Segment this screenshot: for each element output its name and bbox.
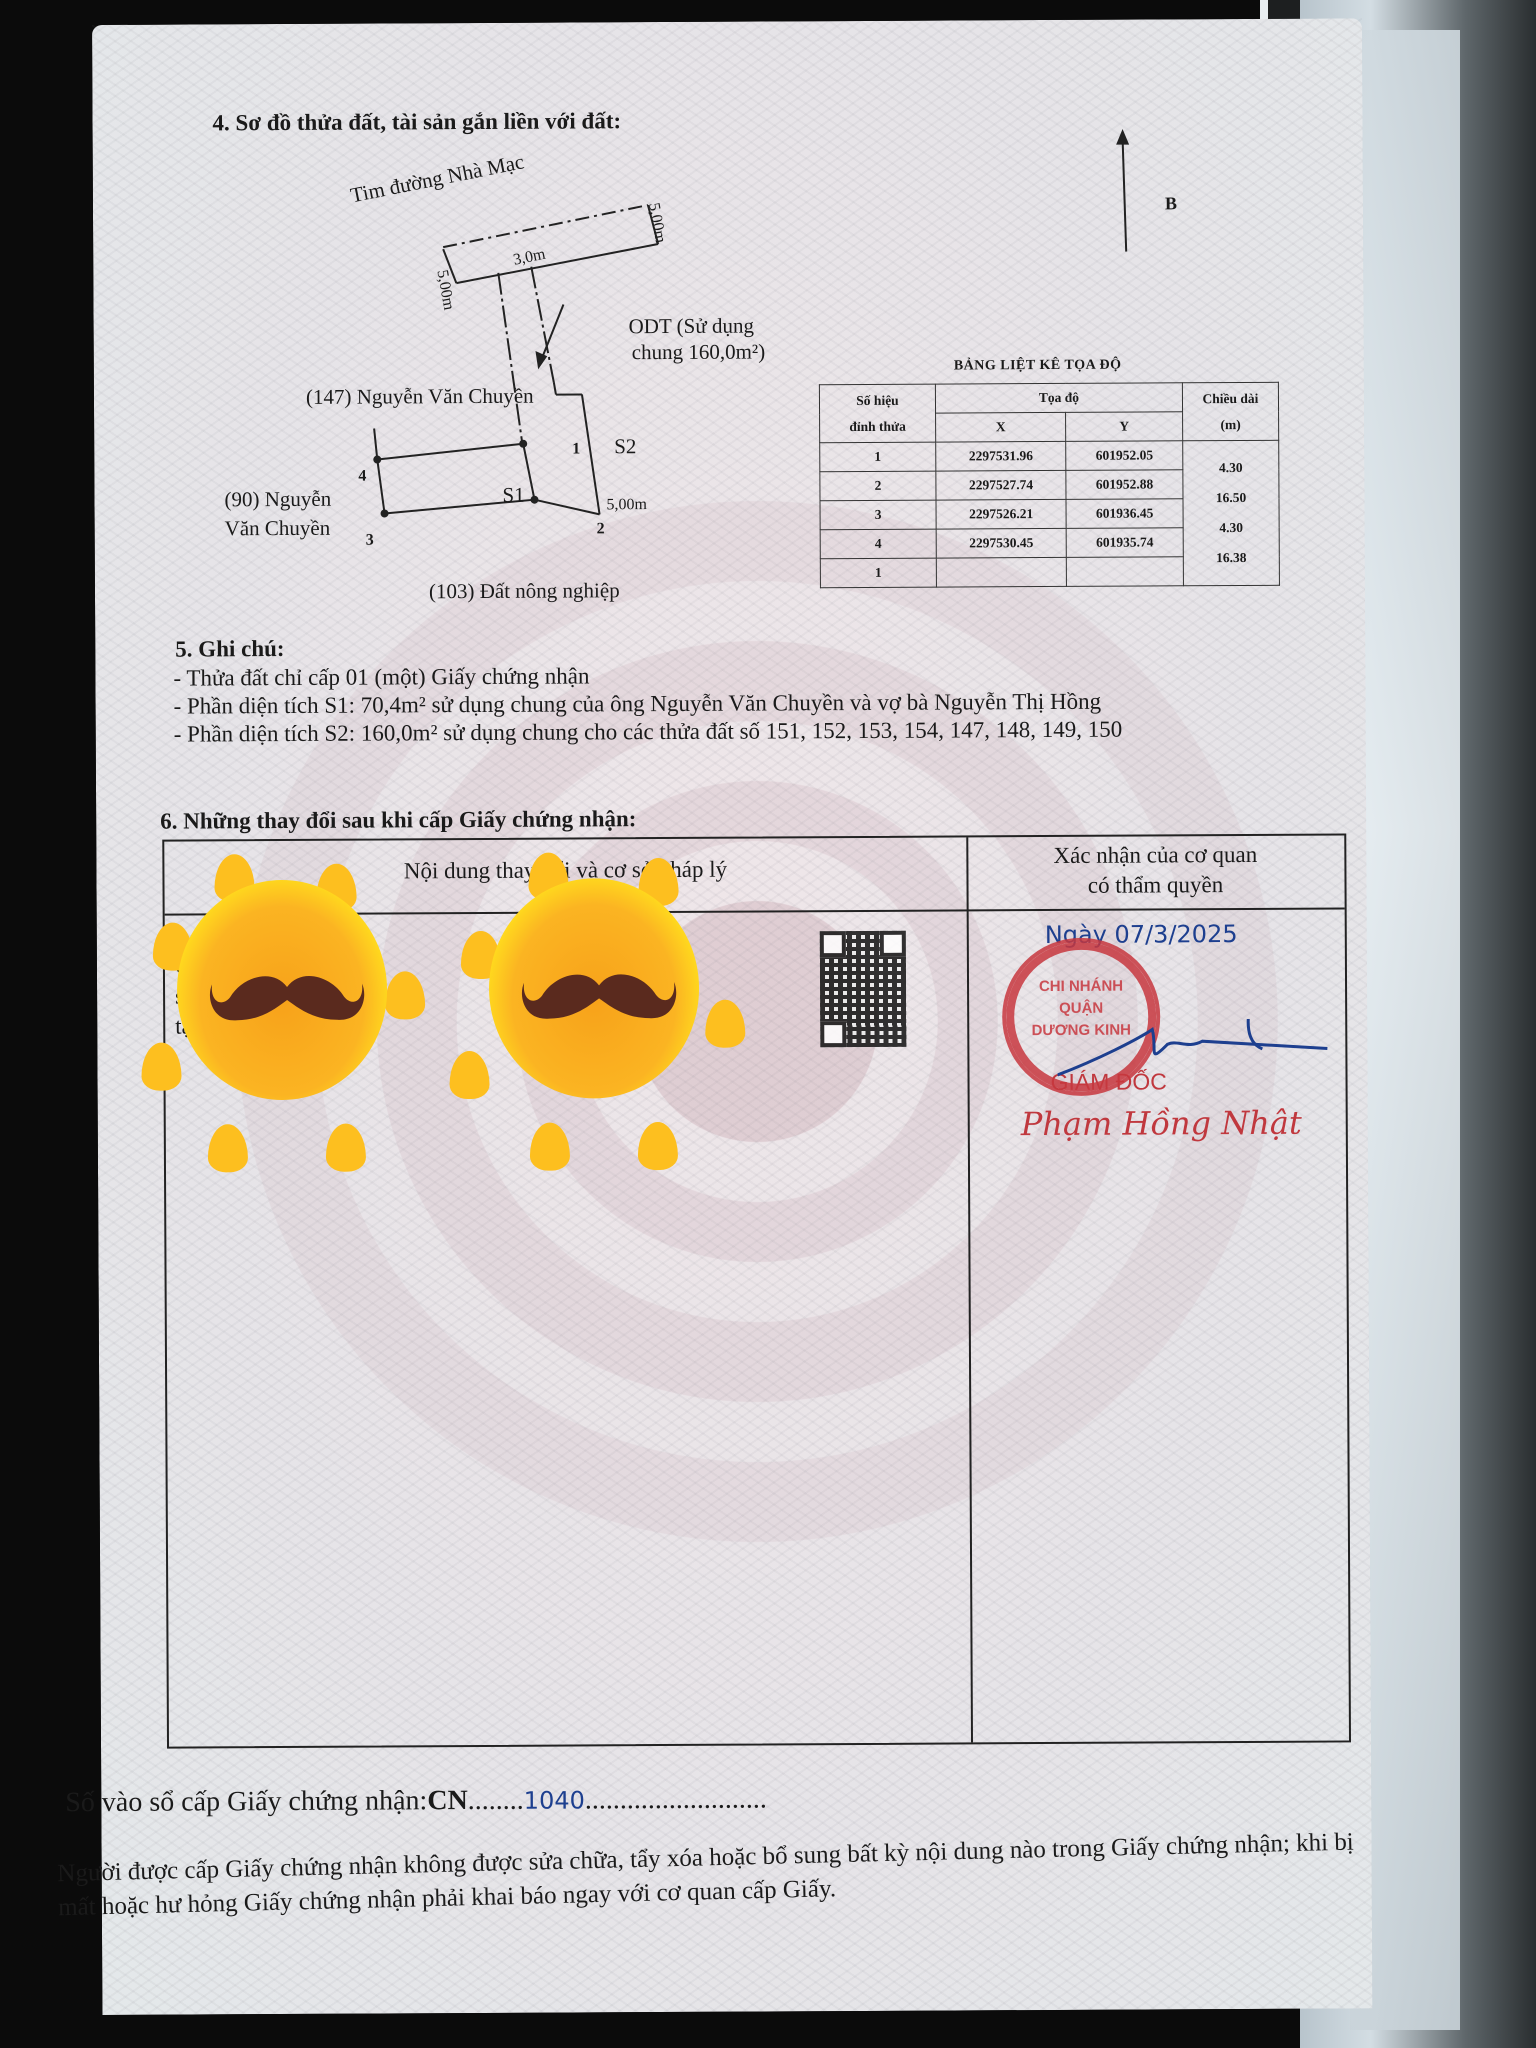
odt-label-1: ODT (Sử dụng	[629, 314, 754, 340]
north-label: B	[1165, 193, 1177, 214]
odt-label-2: chung 160,0m²)	[632, 339, 766, 365]
table-row: 1 2297531.96 601952.05 4.30 16.50 4.30 1…	[820, 440, 1279, 471]
section5-title: 5. Ghi chú:	[175, 636, 284, 663]
signer-name: Phạm Hồng Nhật	[1021, 1104, 1302, 1143]
area-s2: S2	[614, 434, 636, 459]
area-s1: S1	[502, 483, 524, 508]
neighbor-left-2: Văn Chuyền	[225, 516, 331, 542]
registry-number: 1040	[524, 1786, 585, 1814]
neighbor-left-1: (90) Nguyễn	[224, 487, 331, 513]
coord-table-title: BẢNG LIỆT KÊ TỌA ĐỘ	[954, 358, 1122, 375]
point-3: 3	[366, 532, 374, 550]
column-divider	[966, 837, 973, 1742]
neighbor-top: (147) Nguyễn Văn Chuyền	[306, 384, 534, 410]
col-x-header: X	[936, 412, 1066, 442]
col-length-header: Chiều dài (m)	[1182, 382, 1278, 441]
notes-list: - Thửa đất chỉ cấp 01 (một) Giấy chứng n…	[173, 659, 1303, 749]
col-point-header: Số hiệu đỉnh thửa	[819, 384, 935, 443]
point-2: 2	[597, 520, 605, 538]
point-4: 4	[358, 468, 366, 486]
mustache-icon	[514, 960, 684, 1031]
neighbor-bottom: (103) Đất nông nghiệp	[429, 578, 620, 604]
point-1: 1	[572, 440, 580, 458]
certificate-page: 4. Sơ đồ thửa đất, tài sản gắn liền với …	[92, 18, 1372, 2015]
note-item: - Phần diện tích S2: 160,0m² sử dụng chu…	[174, 715, 1304, 749]
signature	[1057, 1018, 1337, 1079]
dim-s2: 5,00m	[606, 496, 647, 514]
sun-mustache-sticker	[468, 860, 719, 1111]
mustache-icon	[202, 962, 372, 1033]
length-cell: 4.30 16.50 4.30 16.38	[1183, 440, 1280, 586]
sun-mustache-sticker	[156, 861, 407, 1112]
confirmation-header: Xác nhận của cơ quan có thẩm quyền	[966, 839, 1344, 901]
registry-line: Số vào sổ cấp Giấy chứng nhận:CN........…	[65, 1783, 767, 1819]
section6-title: 6. Những thay đổi sau khi cấp Giấy chứng…	[160, 806, 636, 834]
col-coord-header: Tọa độ	[935, 383, 1182, 413]
coord-table: Số hiệu đỉnh thửa Tọa độ Chiều dài (m) X…	[819, 382, 1280, 588]
warning-text: Người được cấp Giấy chứng nhận không đượ…	[57, 1824, 1398, 1925]
registry-prefix: CN	[427, 1785, 468, 1816]
qr-code	[820, 931, 907, 1047]
col-y-header: Y	[1066, 412, 1183, 442]
